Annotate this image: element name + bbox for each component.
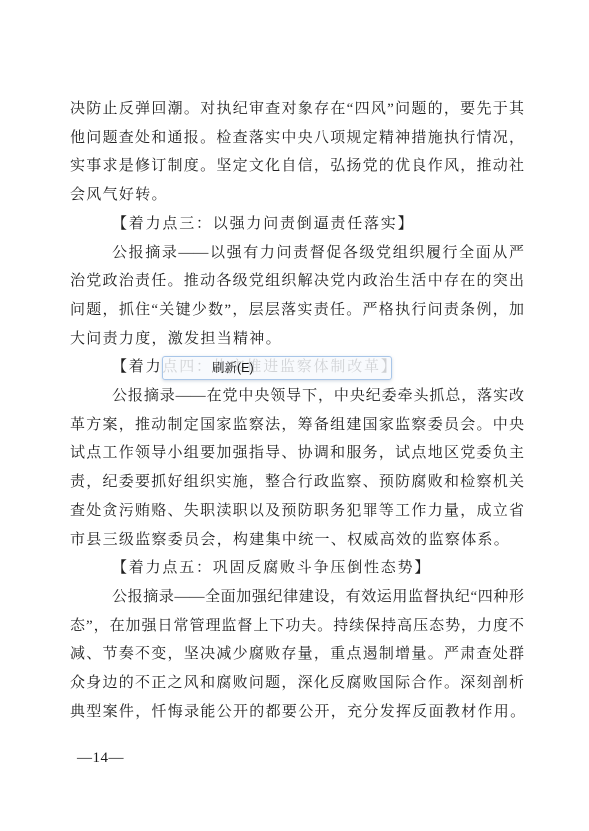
text-line: 减、节奏不变，坚决减少腐败存量，重点遏制增量。严肃查处群: [70, 640, 524, 669]
page-number: —14—: [77, 750, 124, 767]
text-line: 查处贪污贿赂、失职渎职以及预防职务犯罪等工作力量，成立省: [70, 497, 524, 526]
text-line: 公报摘录——在党中央领导下，中央纪委牵头抓总，落实改: [70, 382, 524, 411]
refresh-context-menu-item[interactable]: 刷新(E): [162, 356, 392, 380]
text-line: 公报摘录——全面加强纪律建设，有效运用监督执纪“四种形: [70, 583, 524, 612]
text-line: 决防止反弹回潮。对执纪审查对象存在“四风”问题的，要先于其: [70, 95, 524, 124]
text-line: 他问题查处和通报。检查落实中央八项规定精神措施执行情况，: [70, 124, 524, 153]
text-line: 试点工作领导小组要加强指导、协调和服务，试点地区党委负主: [70, 439, 524, 468]
section-heading-three: 【着力点三：以强力问责倒逼责任落实】: [70, 210, 524, 239]
text-line: 治党政治责任。推动各级党组织解决党内政治生活中存在的突出: [70, 267, 524, 296]
text-line: 典型案件，忏悔录能公开的都要公开，充分发挥反面教材作用。: [70, 698, 524, 727]
text-line: 实事求是修订制度。坚定文化自信，弘扬党的优良作风，推动社: [70, 152, 524, 181]
section-heading-five: 【着力点五：巩固反腐败斗争压倒性态势】: [70, 554, 524, 583]
refresh-menu-item-label: 刷新(E): [163, 357, 254, 379]
text-line: 公报摘录——以强有力问责督促各级党组织履行全面从严: [70, 239, 524, 268]
text-line: 革方案，推动制定国家监察法，筹备组建国家监察委员会。中央: [70, 411, 524, 440]
text-line: 众身边的不正之风和腐败问题，深化反腐败国际合作。深刻剖析: [70, 669, 524, 698]
text-line: 问题，抓住“关键少数”，层层落实责任。严格执行问责条例，加: [70, 296, 524, 325]
text-line: 会风气好转。: [70, 181, 524, 210]
document-page: 决防止反弹回潮。对执纪审查对象存在“四风”问题的，要先于其 他问题查处和通报。检…: [0, 0, 589, 831]
text-line: 大问责力度，激发担当精神。: [70, 325, 524, 354]
text-line: 市县三级监察委员会，构建集中统一、权威高效的监察体系。: [70, 526, 524, 555]
text-line: 责，纪委要抓好组织实施，整合行政监察、预防腐败和检察机关: [70, 468, 524, 497]
document-body: 决防止反弹回潮。对执纪审查对象存在“四风”问题的，要先于其 他问题查处和通报。检…: [70, 95, 524, 726]
text-line: 态”，在加强日常管理监督上下功夫。持续保持高压态势，力度不: [70, 612, 524, 641]
